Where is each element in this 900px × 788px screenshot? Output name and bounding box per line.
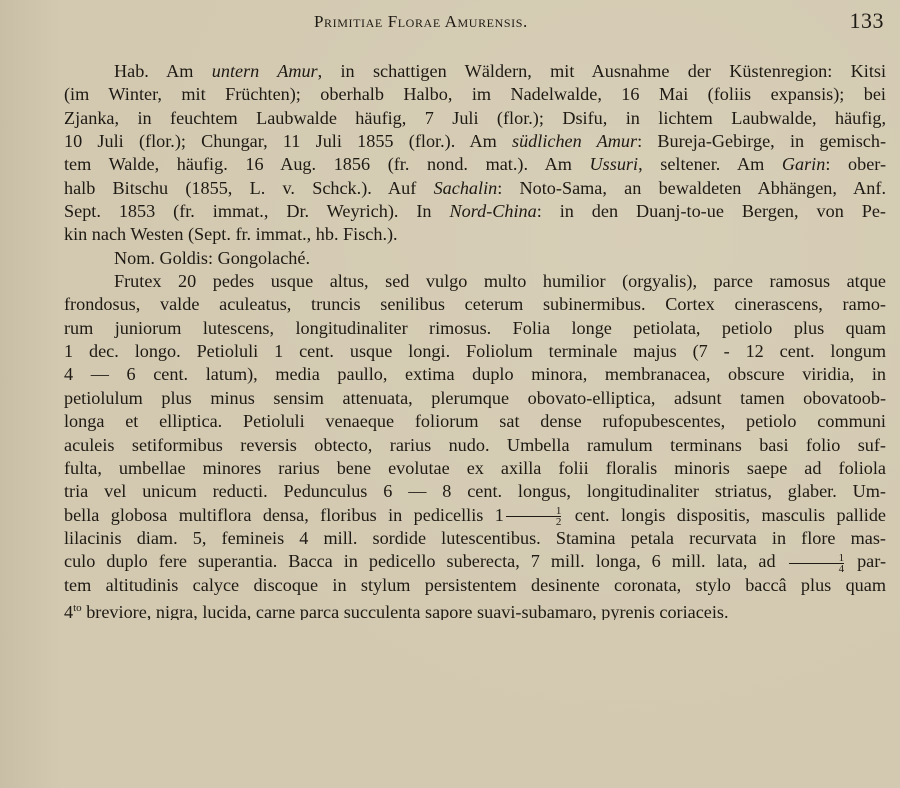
text-line: frondosus, valde aculeatus, truncis seni… bbox=[14, 293, 886, 316]
text-line: Hab. Am untern Amur, in schattigen Wälde… bbox=[14, 60, 886, 83]
text-line: tem Walde, häufig. 16 Aug. 1856 (fr. non… bbox=[14, 153, 886, 176]
text-line: bella globosa multiflora densa, floribus… bbox=[14, 504, 886, 527]
italic-place-name: Nord-China bbox=[449, 201, 536, 221]
text-line: tria vel unicum reducti. Pedunculus 6 — … bbox=[14, 480, 886, 503]
italic-place-name: südlichen Amur bbox=[512, 131, 637, 151]
text-line: rum juniorum lutescens, longitudinaliter… bbox=[14, 317, 886, 340]
paragraph-habitat: Hab. Am untern Amur, in schattigen Wälde… bbox=[14, 60, 886, 247]
text-line: Nom. Goldis: Gongolaché. bbox=[14, 247, 886, 270]
text-line: (im Winter, mit Früchten); oberhalb Halb… bbox=[14, 83, 886, 106]
running-header: Primitiae Florae Amurensis. 133 bbox=[0, 6, 900, 36]
italic-place-name: Sachalin bbox=[434, 178, 498, 198]
text-line: lilacinis diam. 5, femineis 4 mill. sord… bbox=[14, 527, 886, 550]
fraction: 12 bbox=[506, 506, 562, 527]
text-line: aculeis setiformibus reversis obtecto, r… bbox=[14, 434, 886, 457]
text-line: kin nach Westen (Sept. fr. immat., hb. F… bbox=[14, 223, 886, 246]
italic-place-name: Ussuri bbox=[590, 154, 639, 174]
italic-place-name: untern Amur bbox=[212, 61, 318, 81]
text-line: 4 — 6 cent. latum), media paullo, extima… bbox=[14, 363, 886, 386]
paragraph-description: Frutex 20 pedes usque altus, sed vulgo m… bbox=[14, 270, 886, 620]
body-text: Hab. Am untern Amur, in schattigen Wälde… bbox=[14, 60, 886, 620]
text-line: halb Bitschu (1855, L. v. Schck.). Auf S… bbox=[14, 177, 886, 200]
text-line: petiolulum plus minus sensim attenuata, … bbox=[14, 387, 886, 410]
text-line: Zjanka, in feuchtem Laubwalde häufig, 7 … bbox=[14, 107, 886, 130]
text-line: 10 Juli (flor.); Chungar, 11 Juli 1855 (… bbox=[14, 130, 886, 153]
page-number: 133 bbox=[850, 8, 885, 34]
text-line: longa et elliptica. Petioluli venaeque f… bbox=[14, 410, 886, 433]
superscript: to bbox=[73, 602, 82, 614]
text-line: 1 dec. longo. Petioluli 1 cent. usque lo… bbox=[14, 340, 886, 363]
paragraph-nomen: Nom. Goldis: Gongolaché. bbox=[14, 247, 886, 270]
italic-place-name: Garin bbox=[782, 154, 825, 174]
text-line: culo duplo fere superantia. Bacca in ped… bbox=[14, 550, 886, 573]
text-line: Frutex 20 pedes usque altus, sed vulgo m… bbox=[14, 270, 886, 293]
fraction: 14 bbox=[789, 553, 845, 574]
running-title: Primitiae Florae Amurensis. bbox=[314, 12, 528, 32]
document-page: Primitiae Florae Amurensis. 133 Hab. Am … bbox=[0, 0, 900, 788]
text-line: fulta, umbellae minores rarius bene evol… bbox=[14, 457, 886, 480]
text-line: 4to breviore, nigra, lucida, carne parca… bbox=[14, 597, 886, 620]
text-line: Sept. 1853 (fr. immat., Dr. Weyrich). In… bbox=[14, 200, 886, 223]
text-line: tem altitudinis calyce discoque in stylu… bbox=[14, 574, 886, 597]
